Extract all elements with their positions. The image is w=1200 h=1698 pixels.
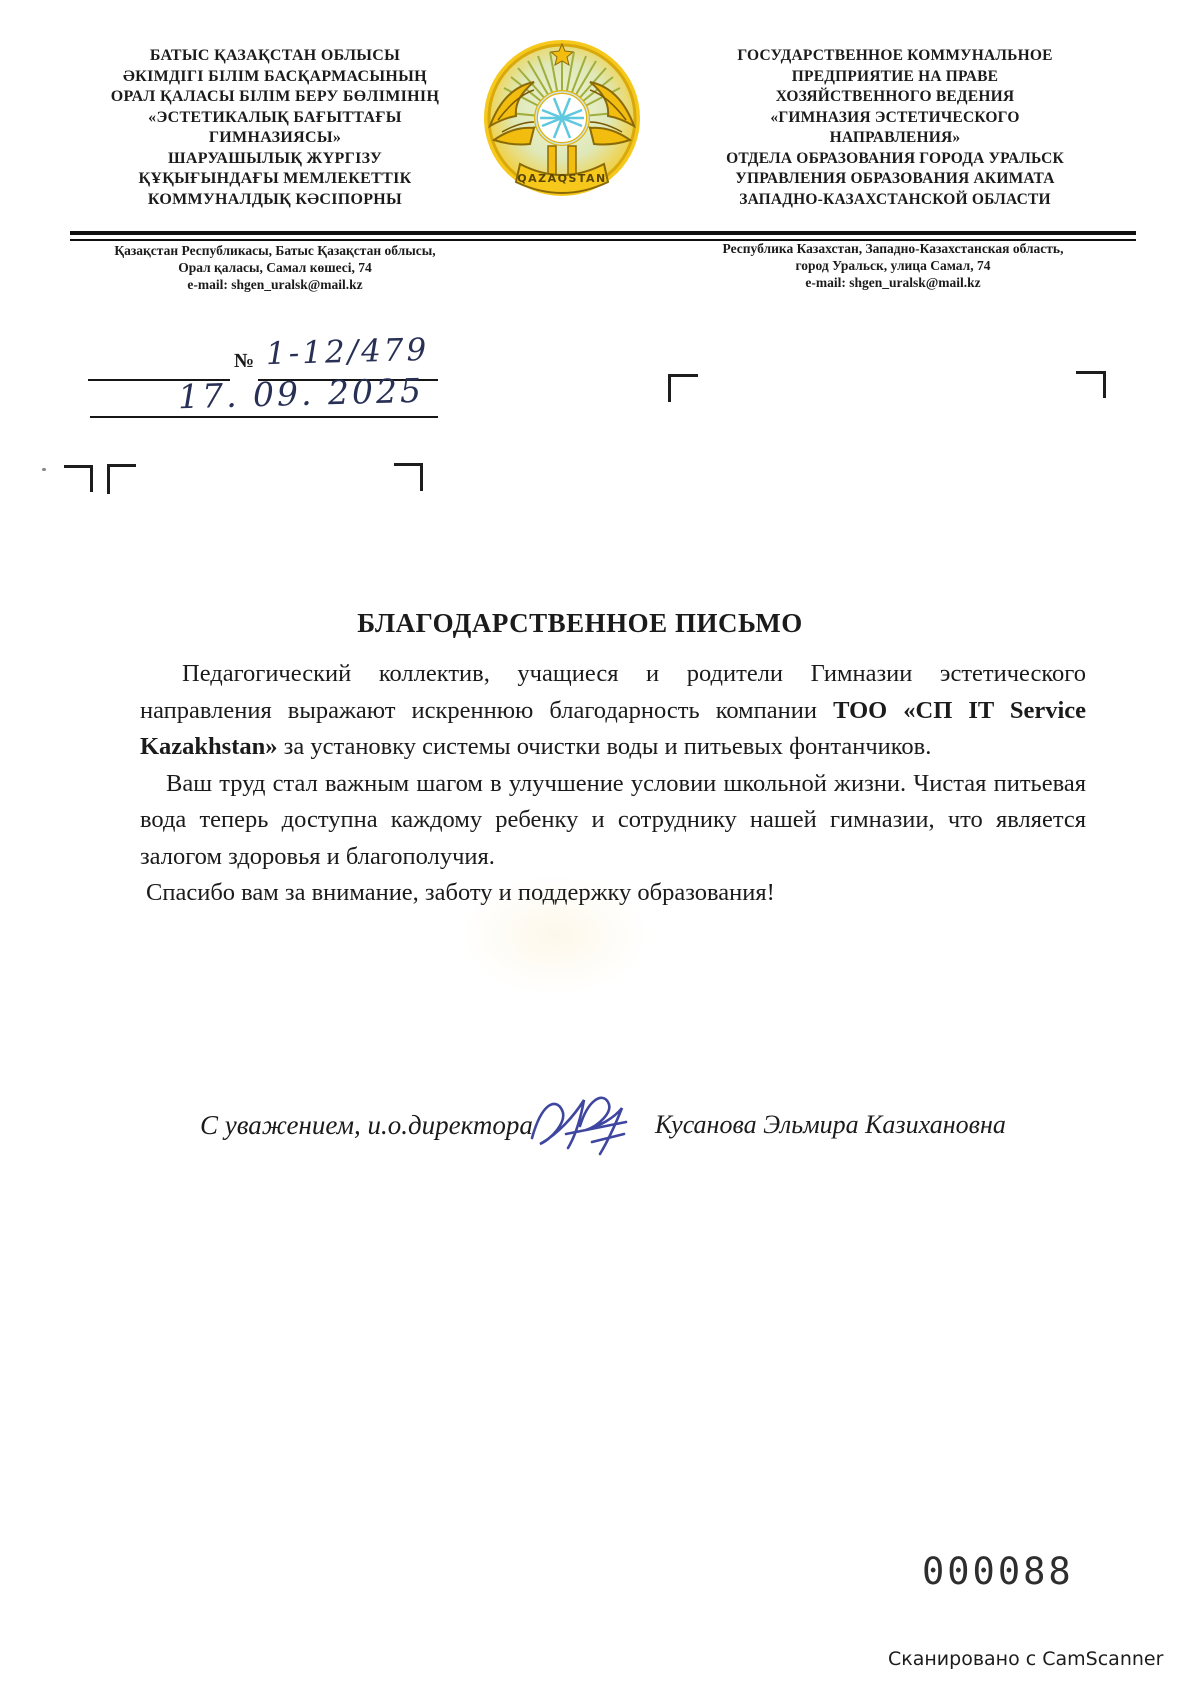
ref-date-line xyxy=(90,414,438,418)
letterhead-russian-line: «ГИМНАЗИЯ ЭСТЕТИЧЕСКОГО xyxy=(652,108,1138,129)
address-kazakh-line: Қазақстан Республикасы, Батыс Қазақстан … xyxy=(75,242,475,259)
letterhead-kazakh: БАТЫС ҚАЗАҚСТАН ОБЛЫСЫ ӘКІМДІГІ БІЛІМ БА… xyxy=(75,46,475,210)
ref-date-handwritten: 17. 09. 2025 xyxy=(178,371,425,416)
letterhead-russian-line: ПРЕДПРИЯТИЕ НА ПРАВЕ xyxy=(652,67,1138,88)
address-russian-line: e-mail: shgen_uralsk@mail.kz xyxy=(650,274,1136,291)
letter-title: БЛАГОДАРСТВЕННОЕ ПИСЬМО xyxy=(140,608,1020,639)
corner-mark xyxy=(668,374,698,402)
document-serial-number: 000088 xyxy=(922,1550,1074,1593)
letterhead-russian-line: ХОЗЯЙСТВЕННОГО ВЕДЕНИЯ xyxy=(652,87,1138,108)
letter-paragraph-3: Спасибо вам за внимание, заботу и поддер… xyxy=(140,875,1086,912)
kazakhstan-coat-of-arms-icon: QAZAQSTAN xyxy=(482,36,642,200)
letterhead-russian-line: УПРАВЛЕНИЯ ОБРАЗОВАНИЯ АКИМАТА xyxy=(652,169,1138,190)
ref-number-handwritten: 1-12/479 xyxy=(266,332,430,372)
letterhead-kazakh-line: ОРАЛ ҚАЛАСЫ БІЛІМ БЕРУ БӨЛІМІНІҢ xyxy=(75,87,475,108)
letterhead-kazakh-line: ШАРУАШЫЛЫҚ ЖҮРГІЗУ xyxy=(75,149,475,170)
letterhead-russian: ГОСУДАРСТВЕННОЕ КОММУНАЛЬНОЕ ПРЕДПРИЯТИЕ… xyxy=(652,46,1138,210)
address-russian-line: Республика Казахстан, Западно-Казахстанс… xyxy=(650,240,1136,257)
letterhead-russian-line: ЗАПАДНО-КАЗАХСТАНСКОЙ ОБЛАСТИ xyxy=(652,190,1138,211)
letterhead-kazakh-line: КОММУНАЛДЫҚ КӘСІПОРНЫ xyxy=(75,190,475,211)
letter-paragraph-1: Педагогический коллектив, учащиеся и род… xyxy=(140,656,1086,766)
signature-ink xyxy=(522,1082,652,1167)
corner-mark xyxy=(64,465,93,492)
signature-name: Кусанова Эльмира Казихановна xyxy=(655,1110,1006,1140)
ref-number-label: № xyxy=(234,350,254,373)
letterhead-kazakh-line: ГИМНАЗИЯСЫ» xyxy=(75,128,475,149)
emblem-banner-text: QAZAQSTAN xyxy=(517,172,607,185)
letterhead-kazakh-line: «ЭСТЕТИКАЛЫҚ БАҒЫТТАҒЫ xyxy=(75,108,475,129)
corner-mark xyxy=(107,464,136,494)
corner-mark xyxy=(1076,371,1106,398)
letterhead-russian-line: ОТДЕЛА ОБРАЗОВАНИЯ ГОРОДА УРАЛЬСК xyxy=(652,149,1138,170)
letterhead-kazakh-line: БАТЫС ҚАЗАҚСТАН ОБЛЫСЫ xyxy=(75,46,475,67)
scanned-letter-page: БАТЫС ҚАЗАҚСТАН ОБЛЫСЫ ӘКІМДІГІ БІЛІМ БА… xyxy=(0,0,1200,1698)
address-kazakh: Қазақстан Республикасы, Батыс Қазақстан … xyxy=(75,242,475,293)
address-russian: Республика Казахстан, Западно-Казахстанс… xyxy=(650,240,1136,291)
address-kazakh-line: e-mail: shgen_uralsk@mail.kz xyxy=(75,276,475,293)
address-kazakh-line: Орал қаласы, Самал көшесі, 74 xyxy=(75,259,475,276)
letter-paragraph-2: Ваш труд стал важным шагом в улучшение у… xyxy=(140,766,1086,876)
paragraph-1-tail: за установку системы очистки воды и пить… xyxy=(278,733,932,760)
signature-salutation: С уважением, и.о.директора xyxy=(200,1110,533,1141)
letterhead-russian-line: ГОСУДАРСТВЕННОЕ КОММУНАЛЬНОЕ xyxy=(652,46,1138,67)
camscanner-note: Сканировано с CamScanner xyxy=(888,1648,1163,1670)
address-russian-line: город Уральск, улица Самал, 74 xyxy=(650,257,1136,274)
letter-body: Педагогический коллектив, учащиеся и род… xyxy=(140,656,1086,912)
letterhead-kazakh-line: ӘКІМДІГІ БІЛІМ БАСҚАРМАСЫНЫҢ xyxy=(75,67,475,88)
letterhead-russian-line: НАПРАВЛЕНИЯ» xyxy=(652,128,1138,149)
letterhead-kazakh-line: ҚҰҚЫҒЫНДАҒЫ МЕМЛЕКЕТТІК xyxy=(75,169,475,190)
corner-mark xyxy=(394,463,423,491)
scan-speck xyxy=(42,468,46,471)
